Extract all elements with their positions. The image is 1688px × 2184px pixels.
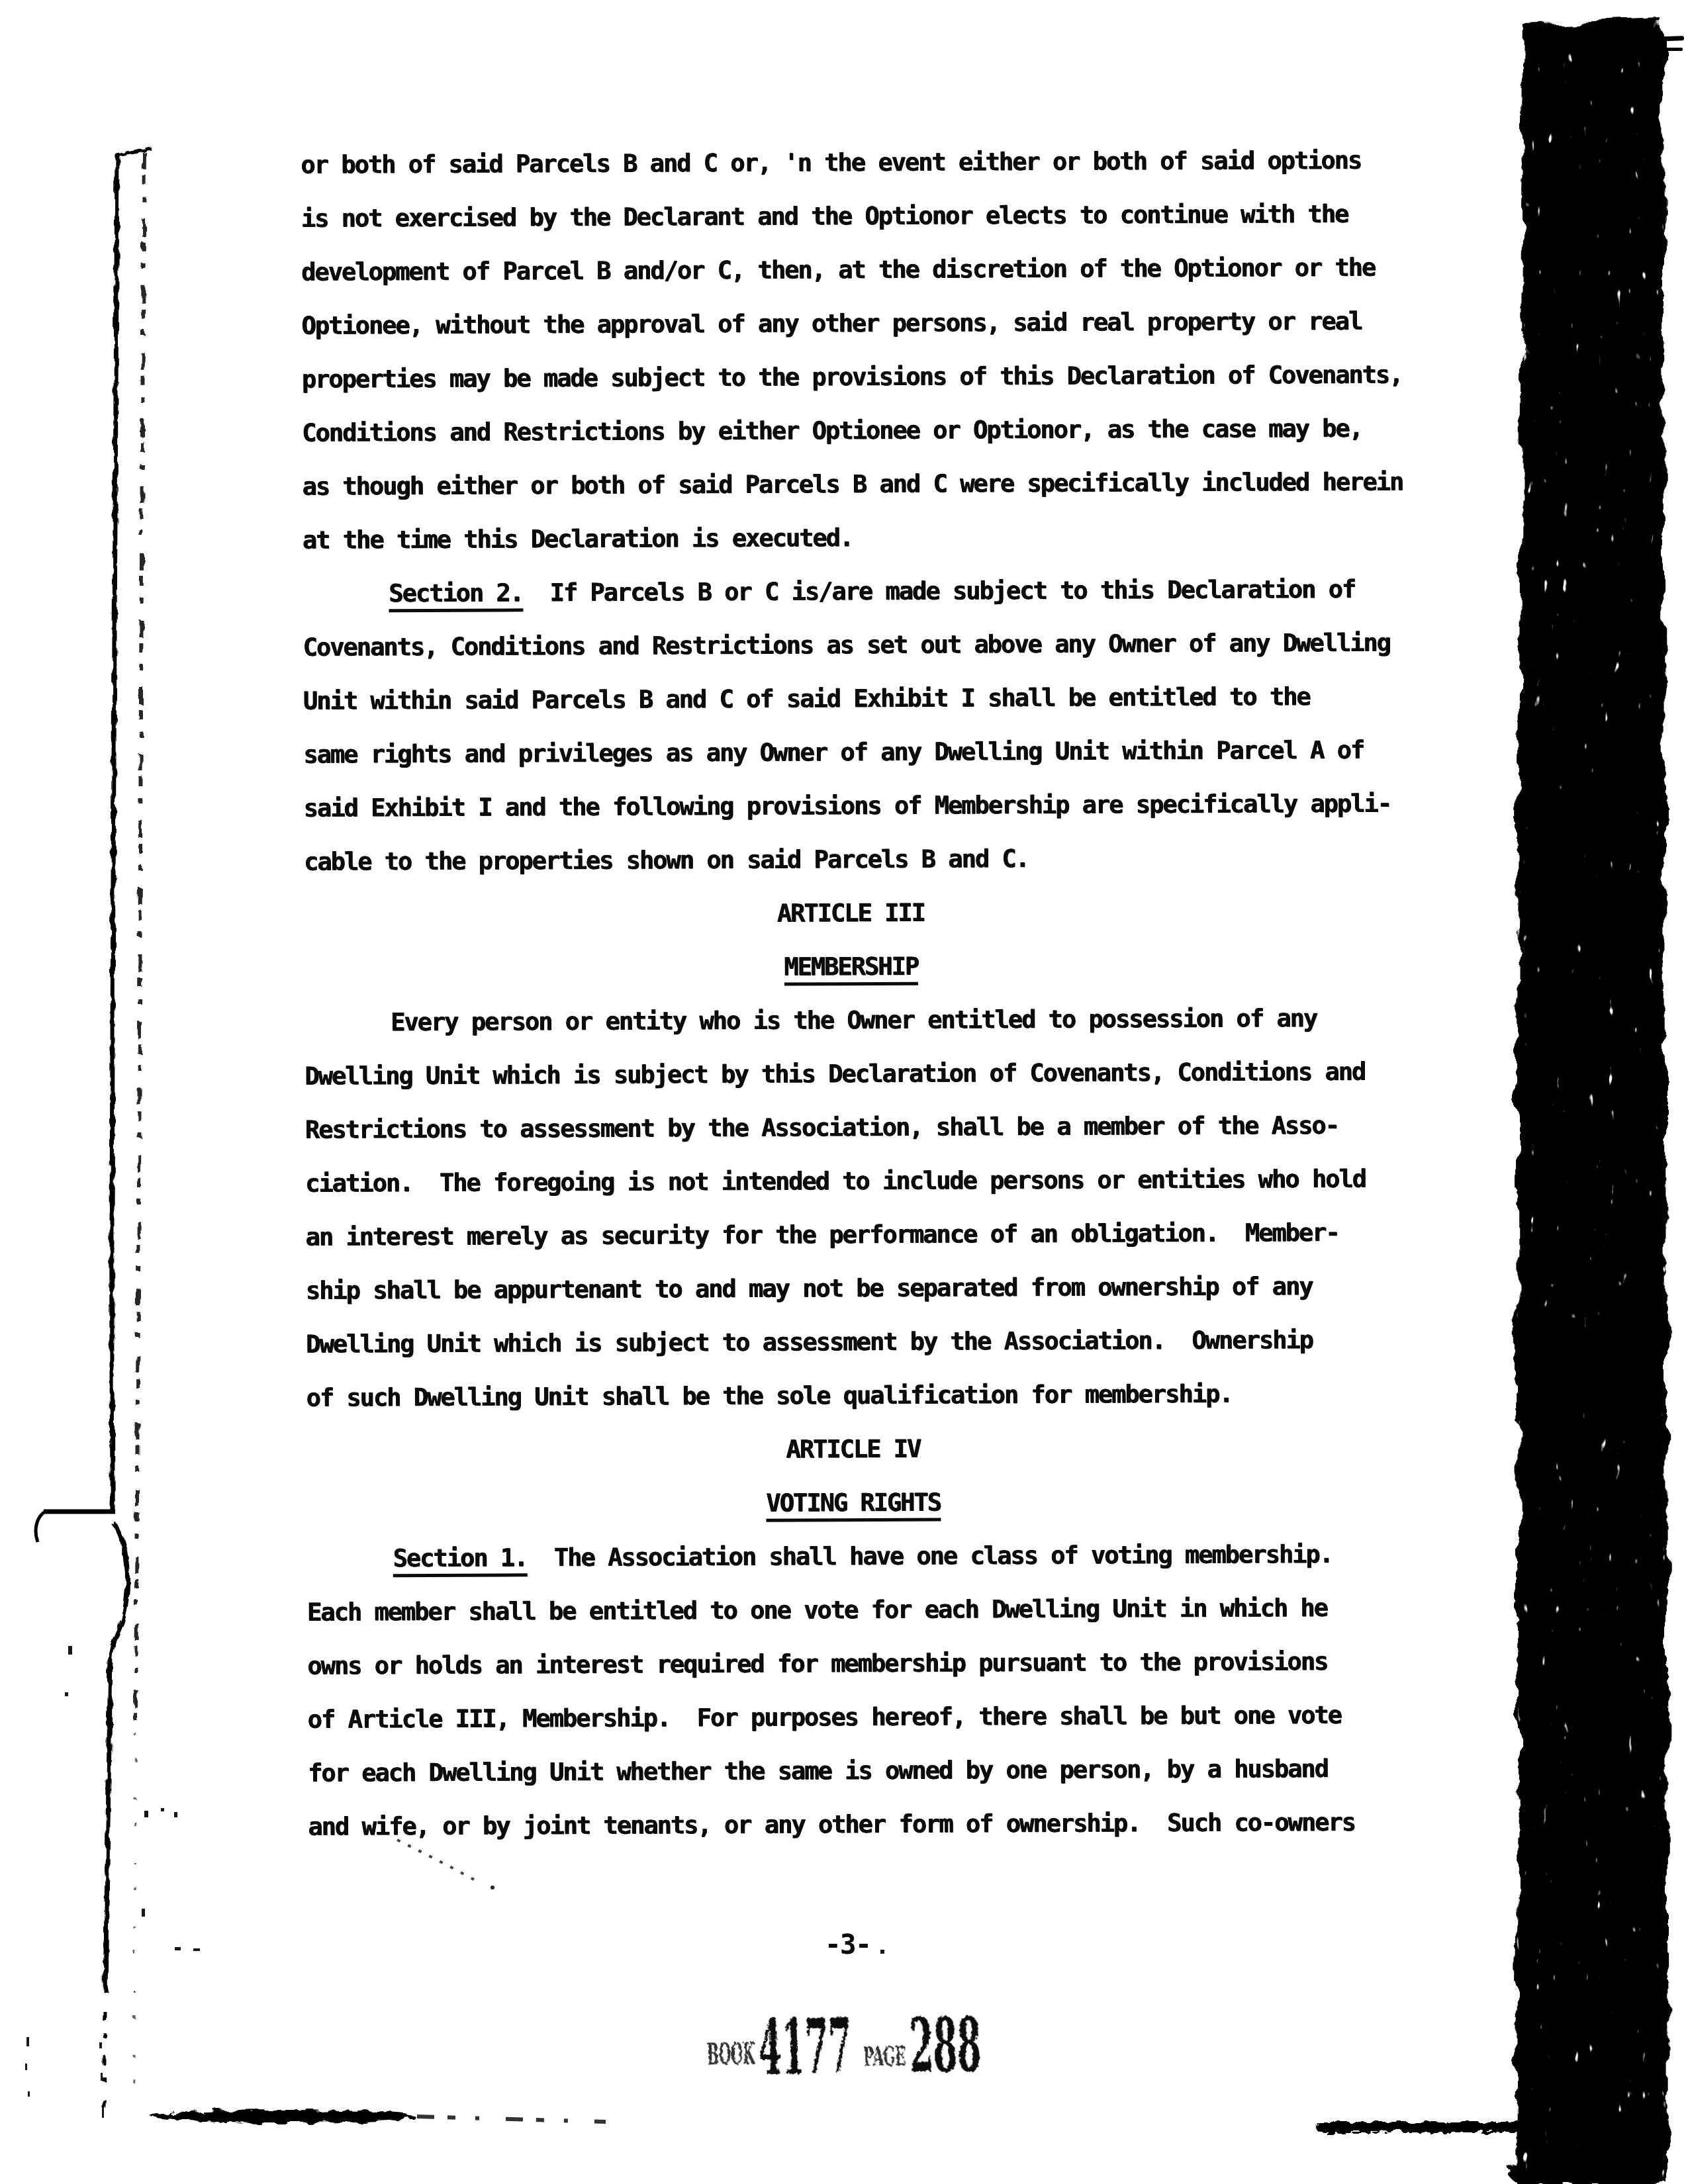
text-segment: owns or holds an interest required for m… — [307, 1647, 1327, 1680]
text-line: Section 2. If Parcels B or C is/are made… — [303, 562, 1428, 620]
stamp-page-label: PAGE — [863, 2040, 906, 2072]
top-right-dash-marks — [1656, 36, 1684, 51]
text-line: of such Dwelling Unit shall be the sole … — [306, 1366, 1431, 1424]
text-line: development of Parcel B and/or C, then, … — [301, 240, 1427, 298]
document-text-block: or both of said Parcels B and C or, 'n t… — [301, 133, 1433, 1853]
heading-line: ARTICLE III — [288, 884, 1413, 942]
page-number: -3- — [825, 1930, 870, 1960]
text-line: Unit within said Parcels B and C of said… — [303, 669, 1429, 727]
text-line: same rights and privileges as any Owner … — [303, 723, 1429, 781]
text-line: of Article III, Membership. For purposes… — [308, 1688, 1433, 1746]
text-line: and wife, or by joint tenants, or any ot… — [308, 1795, 1433, 1853]
text-segment: The Association shall have one class of … — [527, 1540, 1333, 1572]
text-line: at the time this Declaration is executed… — [303, 508, 1428, 567]
text-segment: Each member shall be entitled to one vot… — [307, 1594, 1327, 1627]
book-page-stamp: BOOK 4177 PAGE 288 — [706, 1999, 982, 2093]
text-segment: Covenants, Conditions and Restrictions a… — [303, 629, 1391, 662]
text-segment: of such Dwelling Unit shall be the sole … — [306, 1380, 1233, 1412]
text-line: Each member shall be entitled to one vot… — [307, 1580, 1432, 1639]
bottom-smudges — [151, 2110, 1626, 2184]
text-line: said Exhibit I and the following provisi… — [304, 776, 1429, 835]
text-line: or both of said Parcels B and C or, 'n t… — [301, 133, 1426, 191]
text-line: owns or holds an interest required for m… — [307, 1634, 1432, 1692]
text-line: as though either or both of said Parcels… — [302, 455, 1427, 513]
left-page-edge-line — [104, 148, 151, 2118]
text-segment: Dwelling Unit which is subject to assess… — [306, 1326, 1313, 1359]
text-segment: Unit within said Parcels B and C of said… — [303, 682, 1310, 715]
text-segment: Optionee, without the approval of any ot… — [301, 307, 1362, 340]
text-segment: Conditions and Restrictions by either Op… — [302, 414, 1362, 447]
text-segment: of Article III, Membership. For purposes… — [308, 1701, 1341, 1734]
text-segment: as though either or both of said Parcels… — [303, 467, 1403, 500]
text-segment: ARTICLE III — [777, 899, 925, 928]
margin-hook-mark — [36, 1512, 115, 1542]
text-segment: for each Dwelling Unit whether the same … — [308, 1754, 1328, 1788]
text-line: Conditions and Restrictions by either Op… — [302, 401, 1427, 459]
text-segment: an interest merely as security for the p… — [306, 1218, 1339, 1251]
text-line: Optionee, without the approval of any ot… — [301, 294, 1427, 352]
stamp-book-label: BOOK — [707, 2037, 756, 2071]
text-line: ship shall be appurtenant to and may not… — [306, 1259, 1431, 1317]
text-line: is not exercised by the Declarant and th… — [301, 187, 1427, 245]
pencil-scribble-dot — [491, 1886, 494, 1889]
underlined-text-segment: VOTING RIGHTS — [766, 1488, 941, 1522]
text-line: Section 1. The Association shall have on… — [307, 1527, 1432, 1585]
text-segment: cable to the properties shown on said Pa… — [304, 844, 1029, 876]
text-line: cable to the properties shown on said Pa… — [304, 830, 1429, 888]
heading-line: MEMBERSHIP — [289, 937, 1414, 995]
text-segment: Every person or entity who is the Owner … — [391, 1004, 1317, 1036]
text-segment: properties may be made subject to the pr… — [302, 360, 1403, 393]
text-segment: ciation. The foregoing is not intended t… — [305, 1165, 1366, 1198]
heading-line: ARTICLE IV — [291, 1420, 1416, 1478]
text-segment: If Parcels B or C is/are made subject to… — [523, 575, 1355, 607]
text-segment: Restrictions to assessment by the Associ… — [305, 1111, 1338, 1144]
underlined-text-segment: Section 2. — [389, 578, 523, 612]
text-segment: same rights and privileges as any Owner … — [303, 736, 1364, 769]
text-line: Dwelling Unit which is subject to assess… — [306, 1312, 1431, 1371]
text-segment: development of Parcel B and/or C, then, … — [301, 253, 1375, 287]
text-segment: said Exhibit I and the following provisi… — [304, 790, 1391, 823]
text-segment: and wife, or by joint tenants, or any ot… — [308, 1808, 1355, 1841]
text-segment: or both of said Parcels B and C or, 'n t… — [301, 146, 1361, 179]
text-line: ciation. The foregoing is not intended t… — [305, 1152, 1430, 1210]
stamp-book-number: 4177 — [758, 2002, 852, 2093]
right-scan-band — [1515, 20, 1668, 2184]
text-segment: Dwelling Unit which is subject by this D… — [305, 1058, 1365, 1091]
text-line: Covenants, Conditions and Restrictions a… — [303, 615, 1429, 674]
underlined-text-segment: MEMBERSHIP — [784, 952, 918, 986]
heading-line: VOTING RIGHTS — [291, 1473, 1416, 1531]
text-line: properties may be made subject to the pr… — [302, 347, 1427, 406]
text-segment: ship shall be appurtenant to and may not… — [306, 1272, 1313, 1305]
text-segment: is not exercised by the Declarant and th… — [301, 200, 1348, 233]
text-line: Dwelling Unit which is subject by this D… — [305, 1044, 1430, 1103]
text-segment: at the time this Declaration is executed… — [303, 523, 853, 555]
underlined-text-segment: Section 1. — [393, 1543, 528, 1577]
text-line: for each Dwelling Unit whether the same … — [308, 1741, 1433, 1799]
text-line: Every person or entity who is the Owner … — [305, 991, 1430, 1049]
text-line: an interest merely as security for the p… — [305, 1205, 1430, 1263]
text-segment: ARTICLE IV — [786, 1435, 921, 1464]
text-line: Restrictions to assessment by the Associ… — [305, 1098, 1430, 1156]
stamp-page-number: 288 — [909, 2000, 982, 2089]
scanned-document-page: { "page": { "background": "#ffffff", "in… — [0, 0, 1688, 2184]
